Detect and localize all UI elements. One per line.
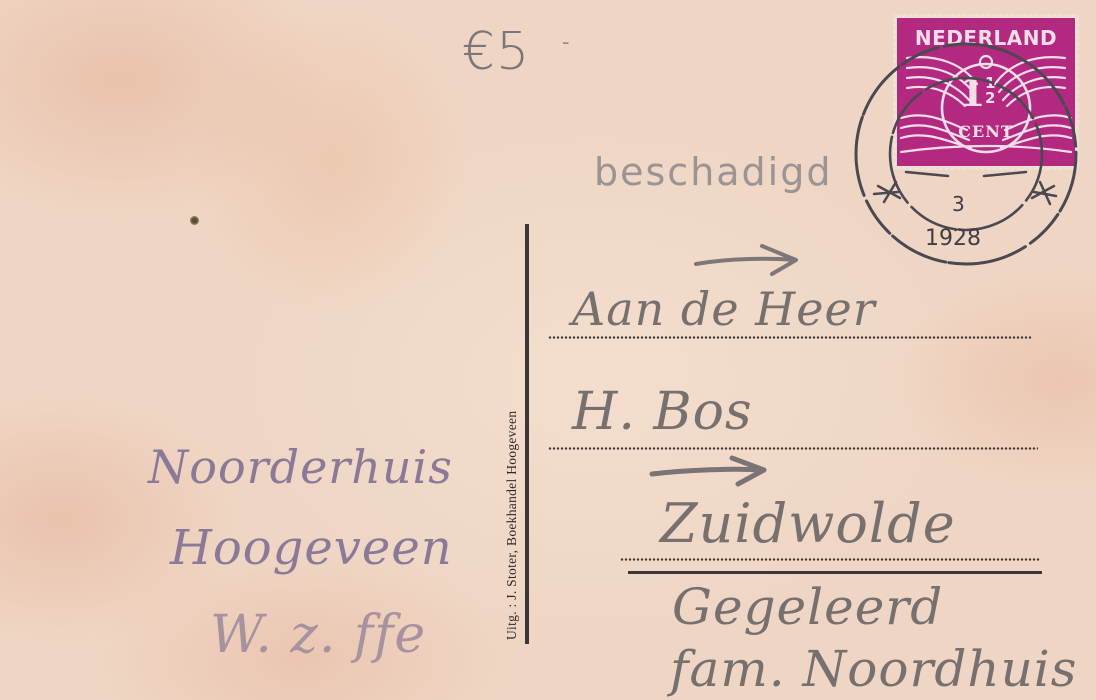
address-line-5: fam. Noordhuis	[670, 640, 1077, 698]
publisher-imprint: Uitg. : J. Stoter, Boekhandel Hoogeveen	[504, 411, 520, 640]
sender-line-2: Hoogeveen	[170, 520, 453, 576]
address-underline	[628, 571, 1042, 574]
pinhole-mark	[190, 216, 199, 225]
address-line-4: Gegeleerd	[672, 578, 943, 636]
sender-line-1: Noorderhuis	[148, 440, 453, 494]
address-line-1: Aan de Heer	[572, 282, 876, 336]
arrow-icon	[646, 452, 776, 492]
condition-note: beschadigd	[594, 150, 832, 194]
address-line	[548, 336, 1032, 339]
price-suffix: -	[562, 30, 570, 55]
sender-line-3: W. z. ffe	[210, 605, 426, 665]
price-note: €5	[462, 22, 530, 82]
center-divider	[525, 224, 529, 644]
arrow-icon	[690, 238, 810, 278]
address-line-3: Zuidwolde	[660, 492, 956, 555]
postcard-back: €5 - beschadigd Uitg. : J. Stoter, Boekh…	[0, 0, 1096, 700]
postmark-day: 3	[952, 192, 965, 216]
postmark-year: 1928	[925, 226, 981, 251]
address-line-2: H. Bos	[572, 382, 753, 442]
address-line	[548, 447, 1038, 450]
address-line	[620, 558, 1040, 561]
